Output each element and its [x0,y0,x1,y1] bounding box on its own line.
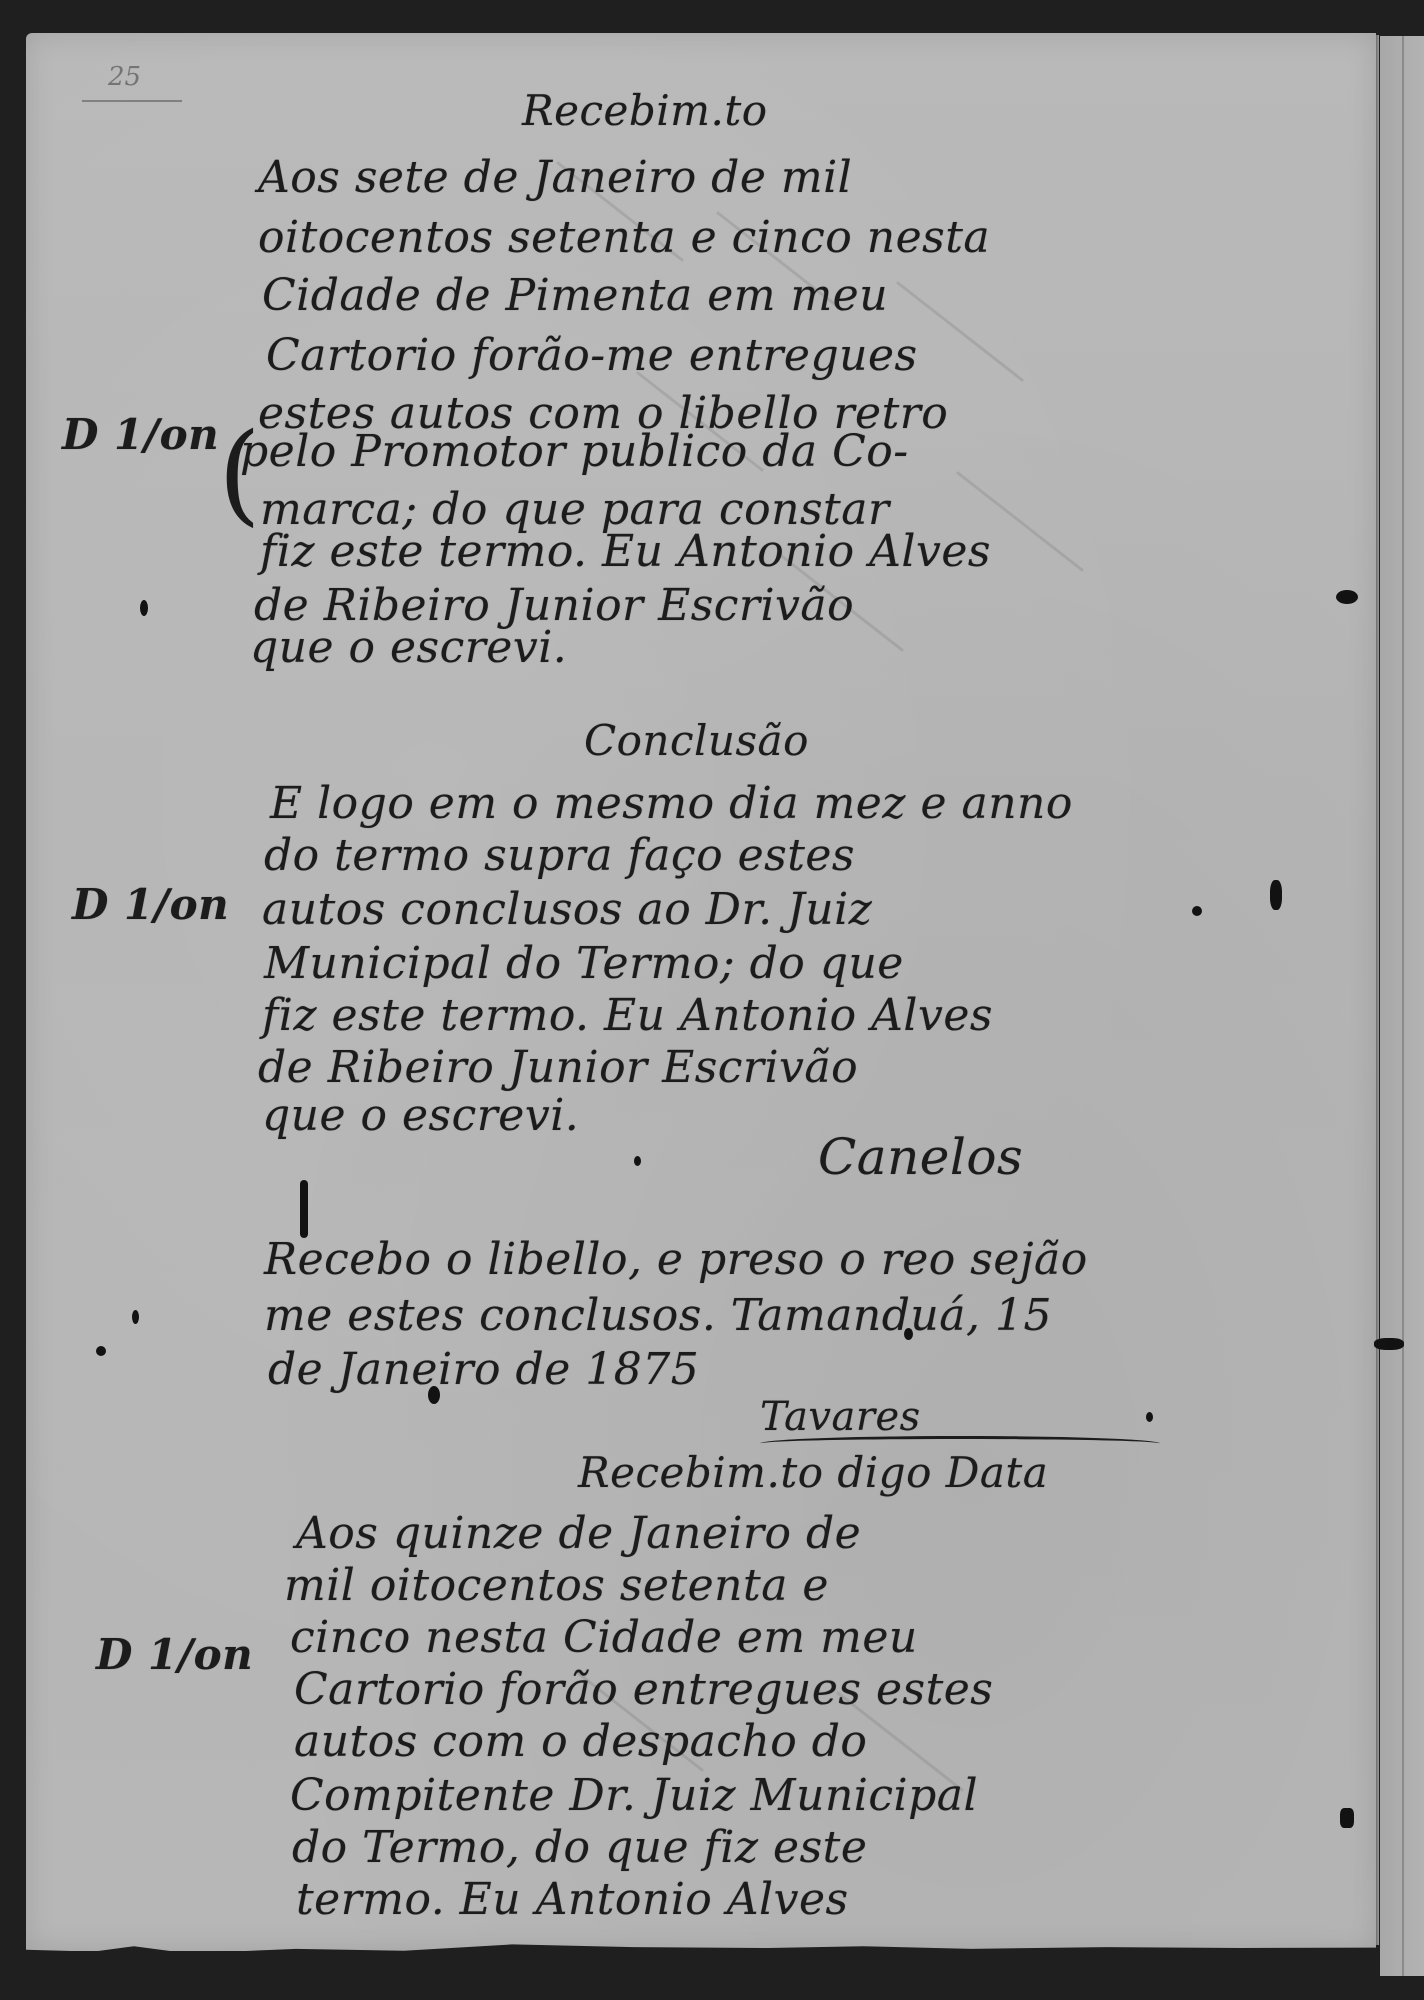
ink-blot [1146,1412,1153,1422]
text-line: do Termo, do que fiz este [292,1822,867,1873]
margin-note-fee: D 1/on [72,880,229,929]
text-line: que o escrevi. [250,622,567,673]
text-line: Municipal do Termo; do que [264,938,904,989]
text-line: Cartorio forão entregues estes [294,1664,993,1715]
ink-blot [428,1386,440,1404]
text-line: oitocentos setenta e cinco nesta [258,212,990,263]
section-heading-recebimento: Recebim.to [522,86,768,135]
text-line: Aos quinze de Janeiro de [296,1508,861,1559]
text-line: Aos sete de Janeiro de mil [258,152,852,203]
section-heading-data: Recebim.to digo Data [578,1448,1048,1497]
text-line: que o escrevi. [262,1090,579,1141]
margin-note-fee: D 1/on [96,1630,253,1679]
margin-note-fee: D 1/on [62,410,219,459]
text-line: me estes conclusos. Tamanduá, 15 [264,1290,1052,1341]
text-line: do termo supra faço estes [264,830,855,881]
text-line: termo. Eu Antonio Alves [296,1874,849,1925]
text-line: autos com o despacho do [294,1716,867,1767]
text-line: Compitente Dr. Juiz Municipal [290,1770,978,1821]
ink-blot [904,1328,913,1340]
text-line: Cidade de Pimenta em meu [262,270,888,321]
signature-tavares: Tavares [760,1394,921,1440]
ink-blot [140,600,148,616]
corner-page-mark: 25 [82,60,182,102]
section-heading-conclusao: Conclusão [584,716,809,765]
text-line: E logo em o mesmo dia mez e anno [270,778,1073,829]
ink-blot [1192,906,1202,916]
ink-blot [1374,1338,1404,1350]
ink-blot [1336,590,1358,604]
text-line: Cartorio forão-me entregues [266,330,918,381]
adjacent-page-edge [1380,36,1424,1976]
text-line: cinco nesta Cidade em meu [290,1612,918,1663]
ink-blot [300,1180,308,1238]
text-line: pelo Promotor publico da Co- [240,426,909,477]
text-line: fiz este termo. Eu Antonio Alves [260,526,991,577]
text-line: fiz este termo. Eu Antonio Alves [262,990,993,1041]
signature-canelos: Canelos [818,1128,1023,1186]
text-line: de Janeiro de 1875 [268,1344,699,1395]
ink-blot [132,1310,139,1324]
ink-blot [634,1156,641,1166]
ink-blot [1340,1808,1354,1828]
text-line: Recebo o libello, e preso o reo sejão [264,1234,1088,1285]
ink-blot [1270,880,1282,910]
corner-mark-text: 25 [108,62,141,92]
page-fold-line [1376,35,1379,1945]
scanned-document: 25 Recebim.to D 1/on ( Aos sete de Janei… [0,0,1424,2000]
ink-blot [96,1346,106,1356]
scan-border-top [0,0,1424,33]
text-line: autos conclusos ao Dr. Juiz [262,884,872,935]
text-line: mil oitocentos setenta e [284,1560,829,1611]
text-line: de Ribeiro Junior Escrivão [258,1042,858,1093]
